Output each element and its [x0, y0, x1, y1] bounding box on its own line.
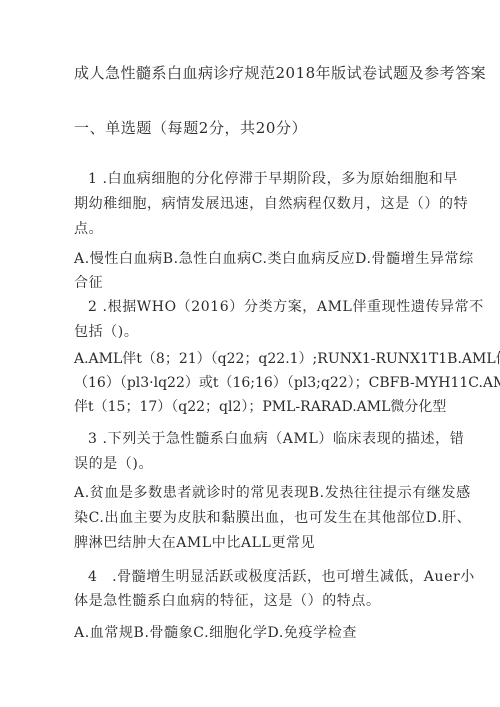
question-options-line: A.血常规B.骨髓象C.细胞化学D.免疫学检查 — [74, 624, 357, 642]
question-options-line: A.贫血是多数患者就诊时的常见表现B.发热往往提示有继发感 — [74, 484, 471, 502]
question-text-line: 2 .根据WHO（2016）分类方案，AML伴重现性遗传异常不 — [88, 298, 484, 316]
question-options-line: 脾淋巴结肿大在AML中比ALL更常见 — [74, 534, 315, 552]
question-text-line: 期幼稚细胞，病情发展迅速，自然病程仅数月，这是（）的特 — [74, 195, 468, 213]
question-text-line: 体是急性髓系白血病的特征，这是（）的特点。 — [74, 592, 381, 610]
question-text-line: 包括（)。 — [74, 323, 138, 341]
question-text-line: 3 .下列关于急性髓系白血病（AML）临床表现的描述，错 — [88, 430, 464, 448]
question-options-line: 合征 — [74, 274, 103, 292]
question-text-line: 点。 — [74, 220, 103, 238]
question-text-line: 误的是（)。 — [74, 455, 153, 473]
question-options-line: A.慢性白血病B.急性白血病C.类白血病反应D.骨髓增生异常综 — [74, 250, 474, 268]
question-text-line: 4 .骨髓增生明显活跃或极度活跃，也可增生减低，Auer小 — [88, 568, 475, 586]
question-options-line: 染C.出血主要为皮肤和黏膜出血，也可发生在其他部位D.肝、 — [74, 509, 471, 527]
question-options-line: （16）（pl3·lq22）或t（16;16）（pl3;q22）；CBFB-MY… — [74, 374, 500, 392]
section-heading: 一、单选题（每题2分，共20分） — [74, 119, 307, 137]
question-options-line: A.AML伴t（8；21）（q22；q22.1）;RUNX1-RUNX1T1B.… — [74, 350, 500, 368]
document-title: 成人急性髓系白血病诊疗规范2018年版试卷试题及参考答案 — [74, 64, 486, 82]
question-text-line: 1 .白血病细胞的分化停滞于早期阶段，多为原始细胞和早 — [88, 170, 458, 188]
question-options-line: 伴t（15；17）（q22；ql2）；PML-RARAD.AML微分化型 — [74, 398, 446, 416]
